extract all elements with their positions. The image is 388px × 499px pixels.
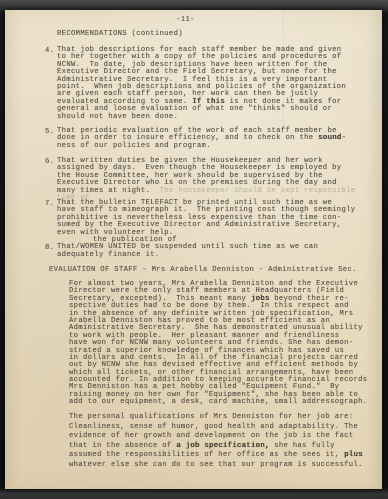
list-item-number: 7.	[45, 200, 54, 208]
list-item-text: That the bulletin TELEFACT be printed un…	[57, 200, 355, 237]
list-item-number: 5.	[45, 128, 54, 136]
list-item-8: 8. the publication ofThat/WOMEN UNITED b…	[57, 237, 318, 259]
section-heading-recommendations: RECOMMENDATIONS (continued)	[57, 30, 183, 38]
evaluation-paragraph-1: For almost two years, Mrs Arabella Denni…	[69, 281, 367, 407]
list-item-4: 4. That job descriptions for each staff …	[57, 47, 346, 121]
scanned-page: -11- RECOMMENDATIONS (continued) 4. That…	[5, 10, 382, 489]
text-line: ness of our policies and program.	[57, 143, 346, 150]
list-item-5: 5. That periodic evaluation of the work …	[57, 128, 346, 150]
text-run: assumed the responsibilities of her offi…	[69, 451, 344, 459]
list-item-text: That job descriptions for each staff mem…	[57, 47, 346, 121]
list-item-6: 6. That written duties be given the Hous…	[57, 158, 355, 202]
text-line: many times at night. The housekeeper sho…	[57, 188, 355, 195]
text-run: that in the absence of	[69, 442, 176, 450]
page-number: -11-	[0, 16, 374, 24]
text-line: assumed the responsibilities of her offi…	[69, 451, 363, 461]
list-item-text: That periodic evaluation of the work of …	[57, 128, 346, 150]
text-line: that in the absence of a job specificati…	[69, 442, 363, 452]
text-line: whatever else she can do to see that our…	[69, 461, 363, 471]
list-item-number: 8.	[45, 244, 54, 252]
text-run: adequately finance it.	[57, 251, 160, 259]
overstruck-text: a job specification,	[176, 442, 269, 450]
text-run: she has fully	[270, 442, 335, 450]
list-item-number: 4.	[45, 47, 54, 55]
text-run: evidence of her growth and development o…	[69, 432, 353, 440]
faded-text: The housekeeper should be kept responsib…	[160, 187, 356, 195]
overstruck-text: plus	[344, 451, 363, 459]
text-run: ness of our policies and program.	[57, 142, 211, 150]
list-item-number: 6.	[45, 158, 54, 166]
text-run: should not have been done.	[57, 113, 178, 121]
list-item-7: 7. That the bulletin TELEFACT be printed…	[57, 200, 355, 237]
list-item-text: the publication ofThat/WOMEN UNITED be s…	[57, 237, 318, 259]
document-body: -11- RECOMMENDATIONS (continued) 4. That…	[5, 10, 382, 489]
text-run: Cleanliness, sense of humor, good health…	[69, 423, 358, 431]
list-item-text: That written duties be given the Houseke…	[57, 158, 355, 202]
text-line: Cleanliness, sense of humor, good health…	[69, 423, 363, 433]
section-heading-evaluation: EVALUATION OF STAFF - Mrs Arabella Denni…	[49, 266, 357, 274]
text-run: The personal qualifications of Mrs Denni…	[69, 413, 353, 421]
evaluation-paragraph-2: The personal qualifications of Mrs Denni…	[69, 413, 363, 470]
text-line: The personal qualifications of Mrs Denni…	[69, 413, 363, 423]
text-line: add to our equipment, a desk, card machi…	[69, 399, 367, 406]
overstruck-text: sound-	[318, 134, 346, 142]
text-line: evidence of her growth and development o…	[69, 432, 363, 442]
text-run: add to our equipment, a desk, card machi…	[69, 398, 367, 406]
text-line: should not have been done.	[57, 114, 346, 121]
text-run: whatever else she can do to see that our…	[69, 461, 363, 469]
text-line: adequately finance it.	[57, 252, 318, 259]
